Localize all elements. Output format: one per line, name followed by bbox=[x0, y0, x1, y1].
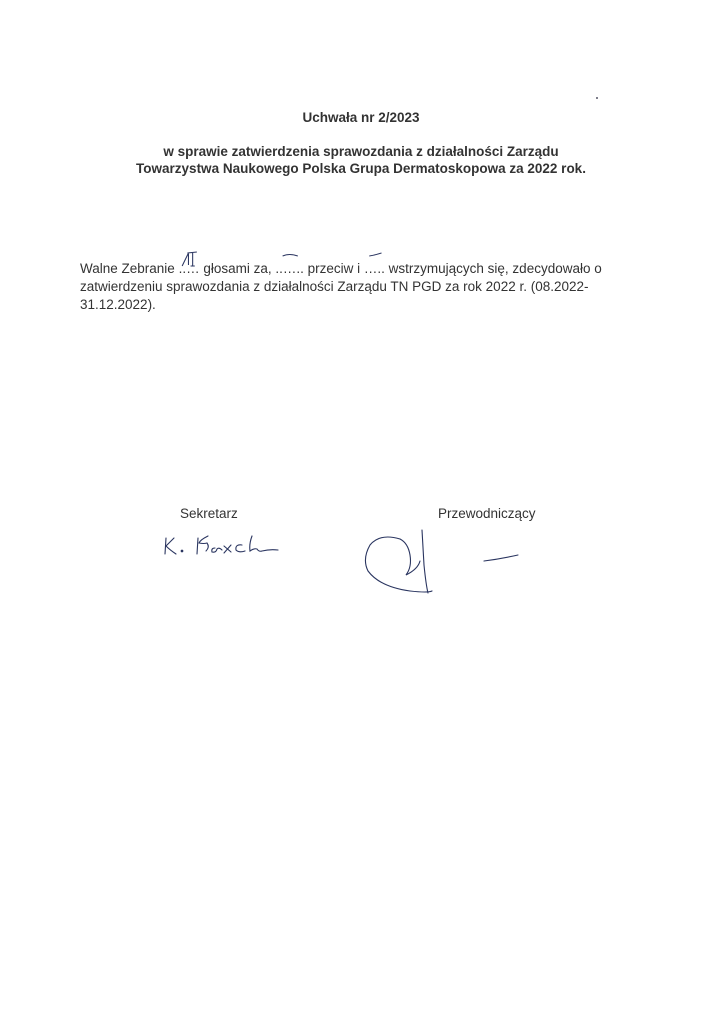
abstain-field: ….. bbox=[364, 260, 385, 278]
votes-against-field: ..….. bbox=[275, 260, 304, 278]
resolution-body: Walne Zebranie ..… głosami za, ..….. prz… bbox=[80, 260, 660, 314]
body-text-segment: głosami za, bbox=[200, 261, 276, 276]
abstain-dots: ….. bbox=[364, 261, 385, 276]
body-line-2: zatwierdzeniu sprawozdania z działalnośc… bbox=[80, 278, 660, 296]
chair-label: Przewodniczący bbox=[438, 506, 536, 521]
body-text-segment: wstrzymujących się, zdecydowało o bbox=[385, 261, 602, 276]
votes-against-dots: ..….. bbox=[275, 261, 304, 276]
body-text-segment: Walne Zebranie bbox=[80, 261, 179, 276]
resolution-title: Uchwała nr 2/2023 bbox=[0, 110, 722, 125]
votes-for-field: ..… bbox=[179, 260, 200, 278]
chair-signature bbox=[360, 525, 530, 600]
body-line-3: 31.12.2022). bbox=[80, 296, 660, 314]
body-line-1: Walne Zebranie ..… głosami za, ..….. prz… bbox=[80, 260, 660, 278]
document-page: Uchwała nr 2/2023 w sprawie zatwierdzeni… bbox=[0, 0, 722, 1024]
votes-for-dots: ..… bbox=[179, 261, 200, 276]
scan-speck bbox=[596, 97, 598, 99]
resolution-subject-line-2: Towarzystwa Naukowego Polska Grupa Derma… bbox=[0, 161, 722, 176]
body-text-segment: przeciw i bbox=[304, 261, 364, 276]
secretary-signature bbox=[160, 530, 285, 560]
resolution-subject-line-1: w sprawie zatwierdzenia sprawozdania z d… bbox=[0, 144, 722, 159]
secretary-label: Sekretarz bbox=[180, 506, 238, 521]
